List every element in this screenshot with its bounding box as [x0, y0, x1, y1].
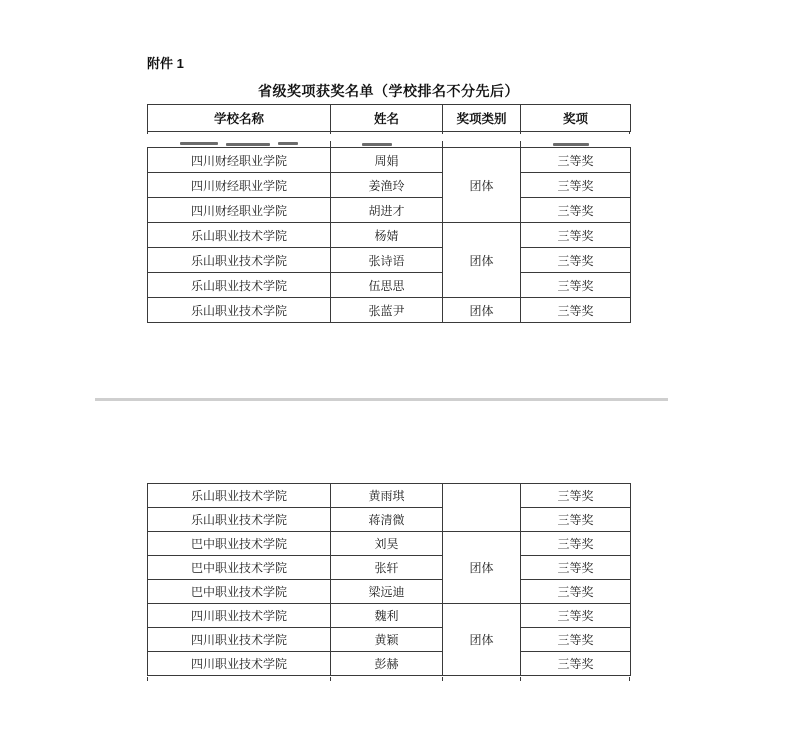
header-cell-name: 姓名: [331, 105, 443, 132]
column-border-stub: [330, 131, 331, 134]
school-cell: 乐山职业技术学院: [148, 248, 331, 273]
clipped-row-remnant: [362, 143, 392, 146]
table-row: 四川财经职业学院周娟团体三等奖: [148, 148, 631, 173]
school-cell: 巴中职业技术学院: [148, 556, 331, 580]
school-cell: 四川职业技术学院: [148, 604, 331, 628]
category-cell: 团体: [443, 532, 521, 604]
clipped-row-remnant: [553, 143, 589, 146]
school-cell: 乐山职业技术学院: [148, 223, 331, 248]
clipped-row-remnant: [180, 142, 218, 145]
table-row: 乐山职业技术学院张诗语三等奖: [148, 248, 631, 273]
category-cell: 团体: [443, 298, 521, 323]
school-cell: 乐山职业技术学院: [148, 298, 331, 323]
name-cell: 刘昊: [331, 532, 443, 556]
column-border-stub: [442, 131, 443, 134]
header-cell-school: 学校名称: [148, 105, 331, 132]
school-cell: 四川职业技术学院: [148, 652, 331, 676]
name-cell: 姜渔玲: [331, 173, 443, 198]
table-row: 巴中职业技术学院梁远迪三等奖: [148, 580, 631, 604]
name-cell: 胡进才: [331, 198, 443, 223]
award-cell: 三等奖: [521, 628, 631, 652]
name-cell: 梁远迪: [331, 580, 443, 604]
clipped-row-remnant: [278, 142, 298, 145]
clipped-row-remnant: [226, 143, 270, 146]
name-cell: 黄颖: [331, 628, 443, 652]
award-table-header: 学校名称 姓名 奖项类别 奖项: [147, 104, 631, 132]
header-row: 学校名称 姓名 奖项类别 奖项: [148, 105, 631, 132]
award-cell: 三等奖: [521, 484, 631, 508]
award-cell: 三等奖: [521, 173, 631, 198]
name-cell: 蒋清微: [331, 508, 443, 532]
document-page: 附件 1 省级奖项获奖名单（学校排名不分先后） 学校名称 姓名 奖项类别 奖项 …: [0, 0, 800, 744]
award-cell: 三等奖: [521, 248, 631, 273]
school-cell: 四川财经职业学院: [148, 148, 331, 173]
award-cell: 三等奖: [521, 273, 631, 298]
table-row: 四川职业技术学院彭赫三等奖: [148, 652, 631, 676]
award-cell: 三等奖: [521, 148, 631, 173]
column-border-stub: [520, 131, 521, 134]
name-cell: 魏利: [331, 604, 443, 628]
column-border-stub: [629, 677, 630, 681]
document-title: 省级奖项获奖名单（学校排名不分先后）: [147, 81, 630, 101]
school-cell: 乐山职业技术学院: [148, 484, 331, 508]
school-cell: 四川财经职业学院: [148, 198, 331, 223]
name-cell: 张轩: [331, 556, 443, 580]
table-row: 乐山职业技术学院蒋清微三等奖: [148, 508, 631, 532]
school-cell: 四川财经职业学院: [148, 173, 331, 198]
award-table-section-1: 四川财经职业学院周娟团体三等奖四川财经职业学院姜渔玲三等奖四川财经职业学院胡进才…: [147, 147, 631, 323]
category-cell: 团体: [443, 604, 521, 676]
name-cell: 彭赫: [331, 652, 443, 676]
header-cell-award: 奖项: [521, 105, 631, 132]
name-cell: 杨婧: [331, 223, 443, 248]
column-border-stub: [147, 677, 148, 681]
table-row: 四川财经职业学院胡进才三等奖: [148, 198, 631, 223]
award-cell: 三等奖: [521, 604, 631, 628]
name-cell: 张诗语: [331, 248, 443, 273]
award-table-section-2: 乐山职业技术学院黄雨琪三等奖乐山职业技术学院蒋清微三等奖巴中职业技术学院刘昊团体…: [147, 483, 631, 676]
name-cell: 黄雨琪: [331, 484, 443, 508]
award-cell: 三等奖: [521, 508, 631, 532]
award-cell: 三等奖: [521, 298, 631, 323]
award-cell: 三等奖: [521, 532, 631, 556]
table-row: 四川职业技术学院魏利团体三等奖: [148, 604, 631, 628]
award-cell: 三等奖: [521, 223, 631, 248]
award-cell: 三等奖: [521, 652, 631, 676]
award-cell: 三等奖: [521, 556, 631, 580]
table-row: 乐山职业技术学院张蓝尹团体三等奖: [148, 298, 631, 323]
table-row: 巴中职业技术学院刘昊团体三等奖: [148, 532, 631, 556]
table-row: 乐山职业技术学院杨婧团体三等奖: [148, 223, 631, 248]
header-cell-category: 奖项类别: [443, 105, 521, 132]
school-cell: 四川职业技术学院: [148, 628, 331, 652]
table-row: 乐山职业技术学院黄雨琪三等奖: [148, 484, 631, 508]
school-cell: 乐山职业技术学院: [148, 273, 331, 298]
table-row: 巴中职业技术学院张轩三等奖: [148, 556, 631, 580]
column-border-stub: [330, 677, 331, 681]
page-break-divider: [95, 398, 668, 401]
category-cell: [443, 484, 521, 532]
table-row: 四川职业技术学院黄颖三等奖: [148, 628, 631, 652]
category-cell: 团体: [443, 223, 521, 298]
column-border-stub: [520, 677, 521, 681]
column-border-stub: [147, 131, 148, 134]
column-border-stub: [442, 677, 443, 681]
school-cell: 乐山职业技术学院: [148, 508, 331, 532]
school-cell: 巴中职业技术学院: [148, 532, 331, 556]
column-border-stub: [629, 131, 630, 134]
name-cell: 张蓝尹: [331, 298, 443, 323]
table-row: 四川财经职业学院姜渔玲三等奖: [148, 173, 631, 198]
name-cell: 周娟: [331, 148, 443, 173]
name-cell: 伍思思: [331, 273, 443, 298]
attachment-label: 附件 1: [147, 53, 184, 72]
category-cell: 团体: [443, 148, 521, 223]
table-row: 乐山职业技术学院伍思思三等奖: [148, 273, 631, 298]
school-cell: 巴中职业技术学院: [148, 580, 331, 604]
award-cell: 三等奖: [521, 198, 631, 223]
award-cell: 三等奖: [521, 580, 631, 604]
